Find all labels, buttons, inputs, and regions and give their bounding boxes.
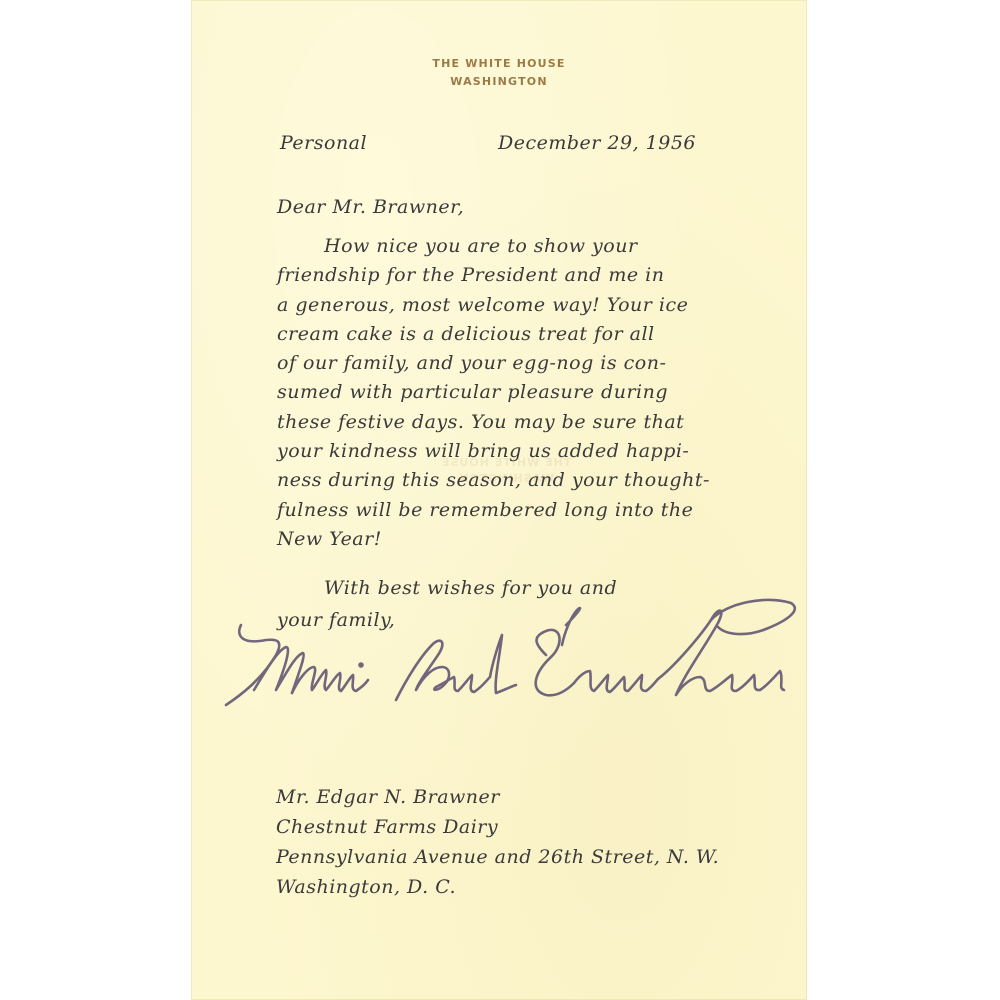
body-line: a generous, most welcome way! Your ice <box>277 291 797 320</box>
recipient-address: Mr. Edgar N. Brawner Chestnut Farms Dair… <box>276 782 719 902</box>
handwritten-signature <box>206 595 806 715</box>
personal-marking: Personal <box>280 132 367 154</box>
body-line: ness during this season, and your though… <box>277 466 797 495</box>
body-line: friendship for the President and me in <box>277 261 797 290</box>
letterhead-title: THE WHITE HOUSE <box>191 55 807 73</box>
letterhead-city: WASHINGTON <box>191 73 807 91</box>
address-line-name: Mr. Edgar N. Brawner <box>276 782 719 812</box>
letter-body: How nice you are to show your friendship… <box>277 232 797 554</box>
letterhead: THE WHITE HOUSE WASHINGTON <box>191 55 807 91</box>
address-line-city: Washington, D. C. <box>276 872 719 902</box>
body-line: these festive days. You may be sure that <box>277 408 797 437</box>
body-line: sumed with particular pleasure during <box>277 378 797 407</box>
body-line: cream cake is a delicious treat for all <box>277 320 797 349</box>
address-line-street: Pennsylvania Avenue and 26th Street, N. … <box>276 842 719 872</box>
body-line: New Year! <box>277 525 797 554</box>
salutation: Dear Mr. Brawner, <box>277 196 464 218</box>
body-line: How nice you are to show your <box>277 232 797 261</box>
letter-date: December 29, 1956 <box>498 132 696 154</box>
body-line: fulness will be remembered long into the <box>277 496 797 525</box>
body-line: of our family, and your egg-nog is con- <box>277 349 797 378</box>
body-line: your kindness will bring us added happi- <box>277 437 797 466</box>
address-line-company: Chestnut Farms Dairy <box>276 812 719 842</box>
letter-page: THE WHITE HOUSE WASHINGTON THE WHITE HOU… <box>191 0 807 1000</box>
